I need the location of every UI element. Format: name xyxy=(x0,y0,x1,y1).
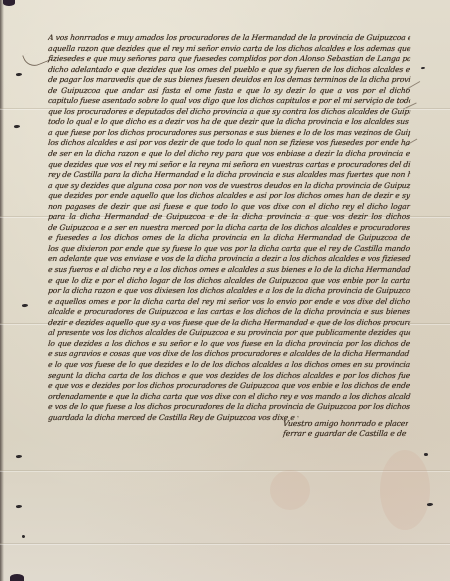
text-line: los dichos alcaldes e asi por vos dezir … xyxy=(47,138,410,149)
text-line: al presente vos los dichos alcaldes de G… xyxy=(47,328,410,339)
text-line: que dezides por ende aquello que los dic… xyxy=(47,191,410,202)
text-line: dicho adelantado e que dezides que los o… xyxy=(47,65,410,76)
text-line: rey de Castilla para la dicha Hermandad … xyxy=(47,170,410,181)
binding-hole xyxy=(427,503,433,507)
text-line: en adelante que vos enviase e vos de la … xyxy=(47,254,410,265)
binding-hole xyxy=(424,453,428,457)
corner-mark-bottom xyxy=(10,574,24,581)
text-line: A vos honrrados e muy amados los procura… xyxy=(47,33,410,44)
text-line: dezir e dezides aquello que sy a vos fue… xyxy=(47,318,410,329)
text-line: que dezides que vos el rey mi señor e la… xyxy=(47,160,410,171)
binding-hole xyxy=(14,125,20,129)
text-line: de pagar los maravedis que de sus bienes… xyxy=(47,75,410,86)
text-line: fiziesedes e que muy señores para que fu… xyxy=(47,54,410,65)
binding-hole xyxy=(22,535,25,538)
paper-stain xyxy=(270,470,310,510)
corner-mark-top xyxy=(3,0,15,6)
text-line: por la dicha razon e que vos dixiesen lo… xyxy=(47,286,410,297)
text-line: capitulo fuese asentado sobre lo qual vo… xyxy=(47,96,410,107)
text-line: de Guipuzcoa e a ser en nuestra merced p… xyxy=(47,223,410,234)
fold-crease xyxy=(0,543,450,544)
text-line: lo que dezides a los dichos e su señor e… xyxy=(47,339,410,350)
signature-line: Vuestro amigo honrrado e placer los que … xyxy=(282,419,408,429)
text-line: e vos de lo que fuese a los dichos procu… xyxy=(47,402,410,413)
text-line: de ser en la dicha razon e que lo del di… xyxy=(47,149,410,160)
text-line: ordenadamente e que la dicha carta que v… xyxy=(47,392,410,403)
binding-hole xyxy=(16,505,22,509)
text-line: e aquellos omes e por la dicha carta del… xyxy=(47,297,410,308)
text-line: e fuesedes a los dichos omes de la dicha… xyxy=(47,233,410,244)
text-line: e sus fueros e al dicho rey e a los dich… xyxy=(47,265,410,276)
text-line: alcalde e procuradores de Guipuzcoa e la… xyxy=(47,307,410,318)
text-line: a que fuese por los dichos procuradores … xyxy=(47,128,410,139)
signature-block: Vuestro amigo honrrado e placer los que … xyxy=(283,419,408,439)
manuscript-page: A vos honrrados e muy amados los procura… xyxy=(0,0,450,581)
text-line: e sus agravios e cosas que vos dixe de l… xyxy=(47,349,410,360)
text-line: de Guipuzcoa que andar asi fasta el ome … xyxy=(47,86,410,97)
binding-shadow xyxy=(0,0,4,581)
signature-line: ferrar e guardar de Castilla e de Guipuz… xyxy=(282,429,408,439)
text-line: e que lo diz e por el dicho logar de los… xyxy=(47,276,410,287)
text-line: aquella razon que dezides que el rey mi … xyxy=(47,44,410,55)
binding-hole xyxy=(22,304,28,308)
text-line: todo lo qual e lo que dicho es a dezir v… xyxy=(47,117,410,128)
text-line: para la dicha Hermandad de Guipuzcoa e d… xyxy=(47,212,410,223)
text-line: a que sy dezides que alguna cosa por non… xyxy=(47,181,410,192)
text-line: que los procuradores e deputados del dic… xyxy=(47,107,410,118)
letter-body: A vos honrrados e muy amados los procura… xyxy=(48,33,410,423)
text-line: e lo que vos fuese de lo que dezides e l… xyxy=(47,360,410,371)
text-line: non pagases de dezir que asi fuese e que… xyxy=(47,202,410,213)
binding-hole xyxy=(16,73,22,77)
text-line: segunt la dicha carta de los dichos e qu… xyxy=(47,371,410,382)
binding-hole xyxy=(421,67,425,70)
text-line: e que vos e dezides por los dichos procu… xyxy=(47,381,410,392)
text-line: los que dixieron por ende que sy fuese l… xyxy=(47,244,410,255)
binding-hole xyxy=(16,455,22,459)
paper-stain xyxy=(380,450,430,530)
closing-line: guardada la dicha merced de Castilla Rey… xyxy=(47,413,298,424)
